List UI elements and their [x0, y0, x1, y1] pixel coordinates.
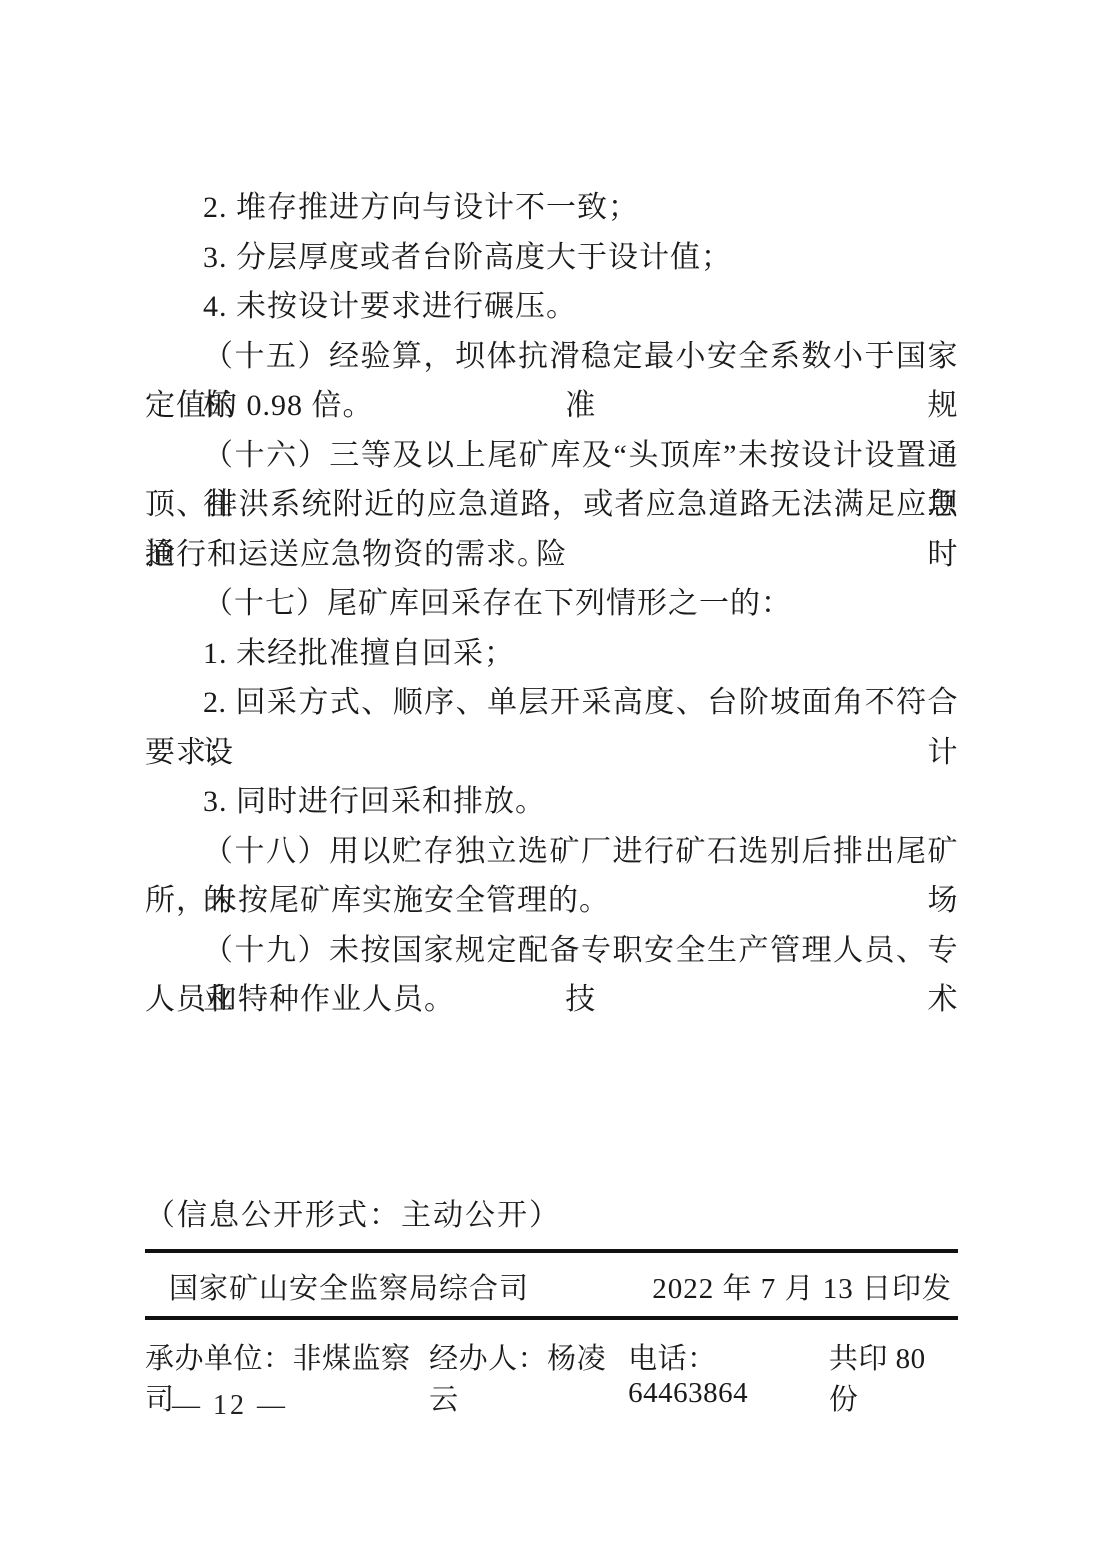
- body-text: 2. 堆存推进方向与设计不一致； 3. 分层厚度或者台阶高度大于设计值； 4. …: [145, 183, 958, 1025]
- body-line: 4. 未按设计要求进行碾压。: [145, 282, 958, 332]
- body-line: 3. 分层厚度或者台阶高度大于设计值；: [145, 233, 958, 283]
- body-line: （十八）用以贮存独立选矿厂进行矿石选别后排出尾矿的场: [145, 827, 958, 877]
- disclosure-note: （信息公开形式：主动公开）: [145, 1190, 561, 1234]
- issuer-name: 国家矿山安全监察局综合司: [169, 1266, 529, 1307]
- body-line: 3. 同时进行回采和排放。: [145, 777, 958, 827]
- body-line: （十五）经验算，坝体抗滑稳定最小安全系数小于国家标准规: [145, 332, 958, 382]
- body-line: 顶、排洪系统附近的应急道路，或者应急道路无法满足应急抢险时: [145, 480, 958, 530]
- separator-rule-bottom: [145, 1316, 958, 1320]
- print-date: 2022 年 7 月 13 日印发: [652, 1266, 952, 1307]
- body-line: （十七）尾矿库回采存在下列情形之一的：: [145, 579, 958, 629]
- separator-rule-top: [145, 1249, 958, 1253]
- page-number: — 12 —: [172, 1390, 288, 1422]
- body-line: 2. 回采方式、顺序、单层开采高度、台阶坡面角不符合设计: [145, 678, 958, 728]
- copies-count: 共印 80 份: [829, 1336, 958, 1418]
- body-line: 2. 堆存推进方向与设计不一致；: [145, 183, 958, 233]
- phone-number: 电话：64463864: [628, 1336, 829, 1410]
- imprint-row: 国家矿山安全监察局综合司 2022 年 7 月 13 日印发: [145, 1266, 958, 1307]
- body-line: 1. 未经批准擅自回采；: [145, 629, 958, 679]
- document-page: 2. 堆存推进方向与设计不一致； 3. 分层厚度或者台阶高度大于设计值； 4. …: [0, 0, 1103, 1560]
- handler-person: 经办人：杨凌云: [429, 1336, 628, 1418]
- body-line: （十九）未按国家规定配备专职安全生产管理人员、专业技术: [145, 926, 958, 976]
- body-line: （十六）三等及以上尾矿库及“头顶库”未按设计设置通往坝: [145, 431, 958, 481]
